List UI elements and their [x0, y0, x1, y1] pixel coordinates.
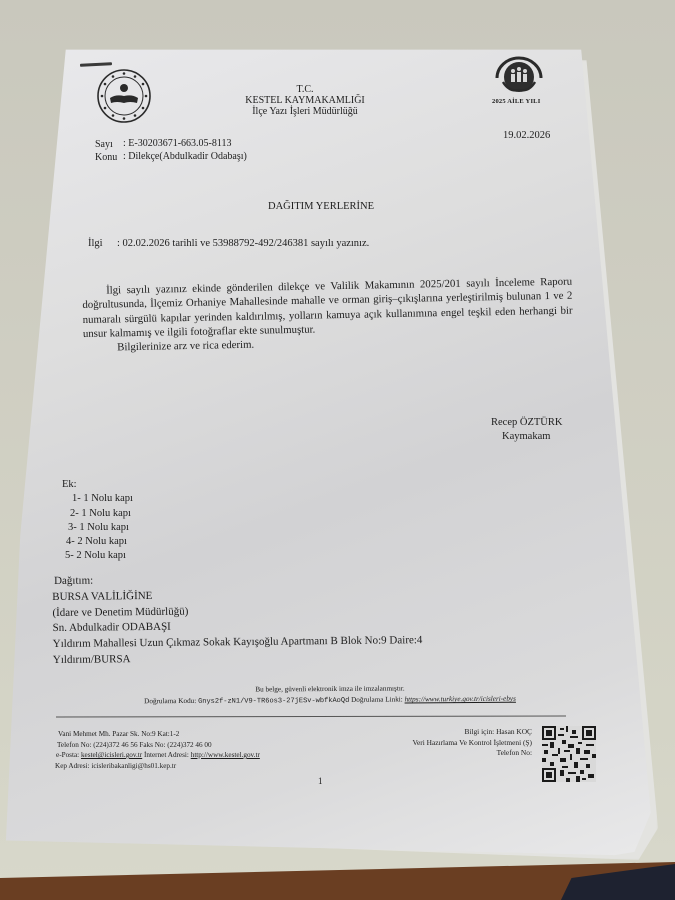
body-paragraph: İlgi sayılı yazınız ekinde gönderilen di…: [82, 275, 573, 342]
qr-code-icon: [542, 726, 596, 782]
attachment-item: 1- 1 Nolu kapı: [72, 492, 133, 506]
document-date: 19.02.2026: [503, 131, 550, 142]
footer-email-link[interactable]: kestel@icisleri.gov.tr: [81, 751, 142, 759]
footer-email-label: e-Posta:: [56, 751, 79, 759]
state-emblem-icon: [94, 68, 154, 124]
document-content: T.C. KESTEL KAYMAKAMLIĞI İlçe Yazı İşler…: [0, 0, 675, 900]
footer-info: Bilgi için: Hasan KOÇ Veri Hazırlama Ve …: [380, 727, 532, 759]
attachment-item: 4- 2 Nolu kapı: [66, 535, 133, 549]
verification-code: Gnys2f-zN1/V9-TR6os3-27jESv-wbfkAoQd: [198, 697, 349, 706]
footer-web-link[interactable]: http://www.kestel.gov.tr: [191, 751, 260, 759]
info-role: Veri Hazırlama Ve Kontrol İşletmeni (Ş): [380, 738, 532, 749]
signer-name: Recep ÖZTÜRK: [491, 418, 562, 429]
ilgi-value: : 02.02.2026 tarihli ve 53988792-492/246…: [117, 239, 369, 250]
header-department: İlçe Yazı İşleri Müdürlüğü: [230, 106, 380, 117]
footer-phone-fax: Telefon No: (224)372 46 56 Faks No: (224…: [57, 740, 260, 751]
institution-header: T.C. KESTEL KAYMAKAMLIĞI İlçe Yazı İşler…: [230, 84, 380, 118]
family-year-logo-icon: [489, 56, 549, 94]
verification-link[interactable]: https://www.turkiye.gov.tr/icisleri-ebys: [405, 695, 516, 704]
sayi-label: Sayı: [95, 140, 113, 150]
attachment-item: 2- 1 Nolu kapı: [70, 507, 133, 521]
family-year-caption: 2025 AİLE YILI: [492, 98, 540, 105]
distribution-block: Dağıtım: BURSA VALİLİĞİNE (İdare ve Dene…: [52, 570, 423, 669]
page-number: 1: [318, 776, 323, 786]
header-institution: KESTEL KAYMAKAMLIĞI: [230, 95, 380, 106]
attachment-item: 3- 1 Nolu kapı: [68, 521, 133, 535]
verification-link-label: Doğrulama Linki:: [351, 696, 403, 704]
attachments-label: Ek:: [62, 478, 133, 492]
footer-kep: Kep Adresi: icisleribakanligi@hs01.kep.t…: [55, 761, 260, 772]
header-tc: T.C.: [230, 84, 380, 95]
info-contact: Bilgi için: Hasan KOÇ: [380, 727, 532, 738]
konu-value: : Dilekçe(Abdulkadir Odabaşı): [123, 152, 247, 162]
konu-label: Konu: [95, 153, 117, 163]
footer-web-label: İnternet Adresi:: [144, 751, 189, 759]
addressee: DAĞITIM YERLERİNE: [268, 202, 374, 213]
footer-contact: Vani Mehmet Mh. Pazar Sk. No:9 Kat:1-2 T…: [55, 729, 260, 771]
info-phone: Telefon No:: [380, 748, 532, 759]
body-text: İlgi sayılı yazınız ekinde gönderilen di…: [82, 275, 573, 356]
e-signature-verification: Bu belge, güvenli elektronik imza ile im…: [90, 682, 570, 708]
attachment-item: 5- 2 Nolu kapı: [65, 549, 133, 563]
distribution-line: Yıldırım/BURSA: [53, 649, 423, 669]
verification-code-label: Doğrulama Kodu:: [144, 697, 196, 705]
sayi-value: : E-30203671-663.05-8113: [123, 139, 232, 149]
attachments-list: Ek: 1- 1 Nolu kapı 2- 1 Nolu kapı 3- 1 N…: [60, 478, 133, 564]
footer-divider: [56, 716, 566, 718]
ilgi-label: İlgi: [88, 239, 103, 250]
signer-title: Kaymakam: [502, 432, 550, 443]
footer-address: Vani Mehmet Mh. Pazar Sk. No:9 Kat:1-2: [58, 729, 260, 740]
